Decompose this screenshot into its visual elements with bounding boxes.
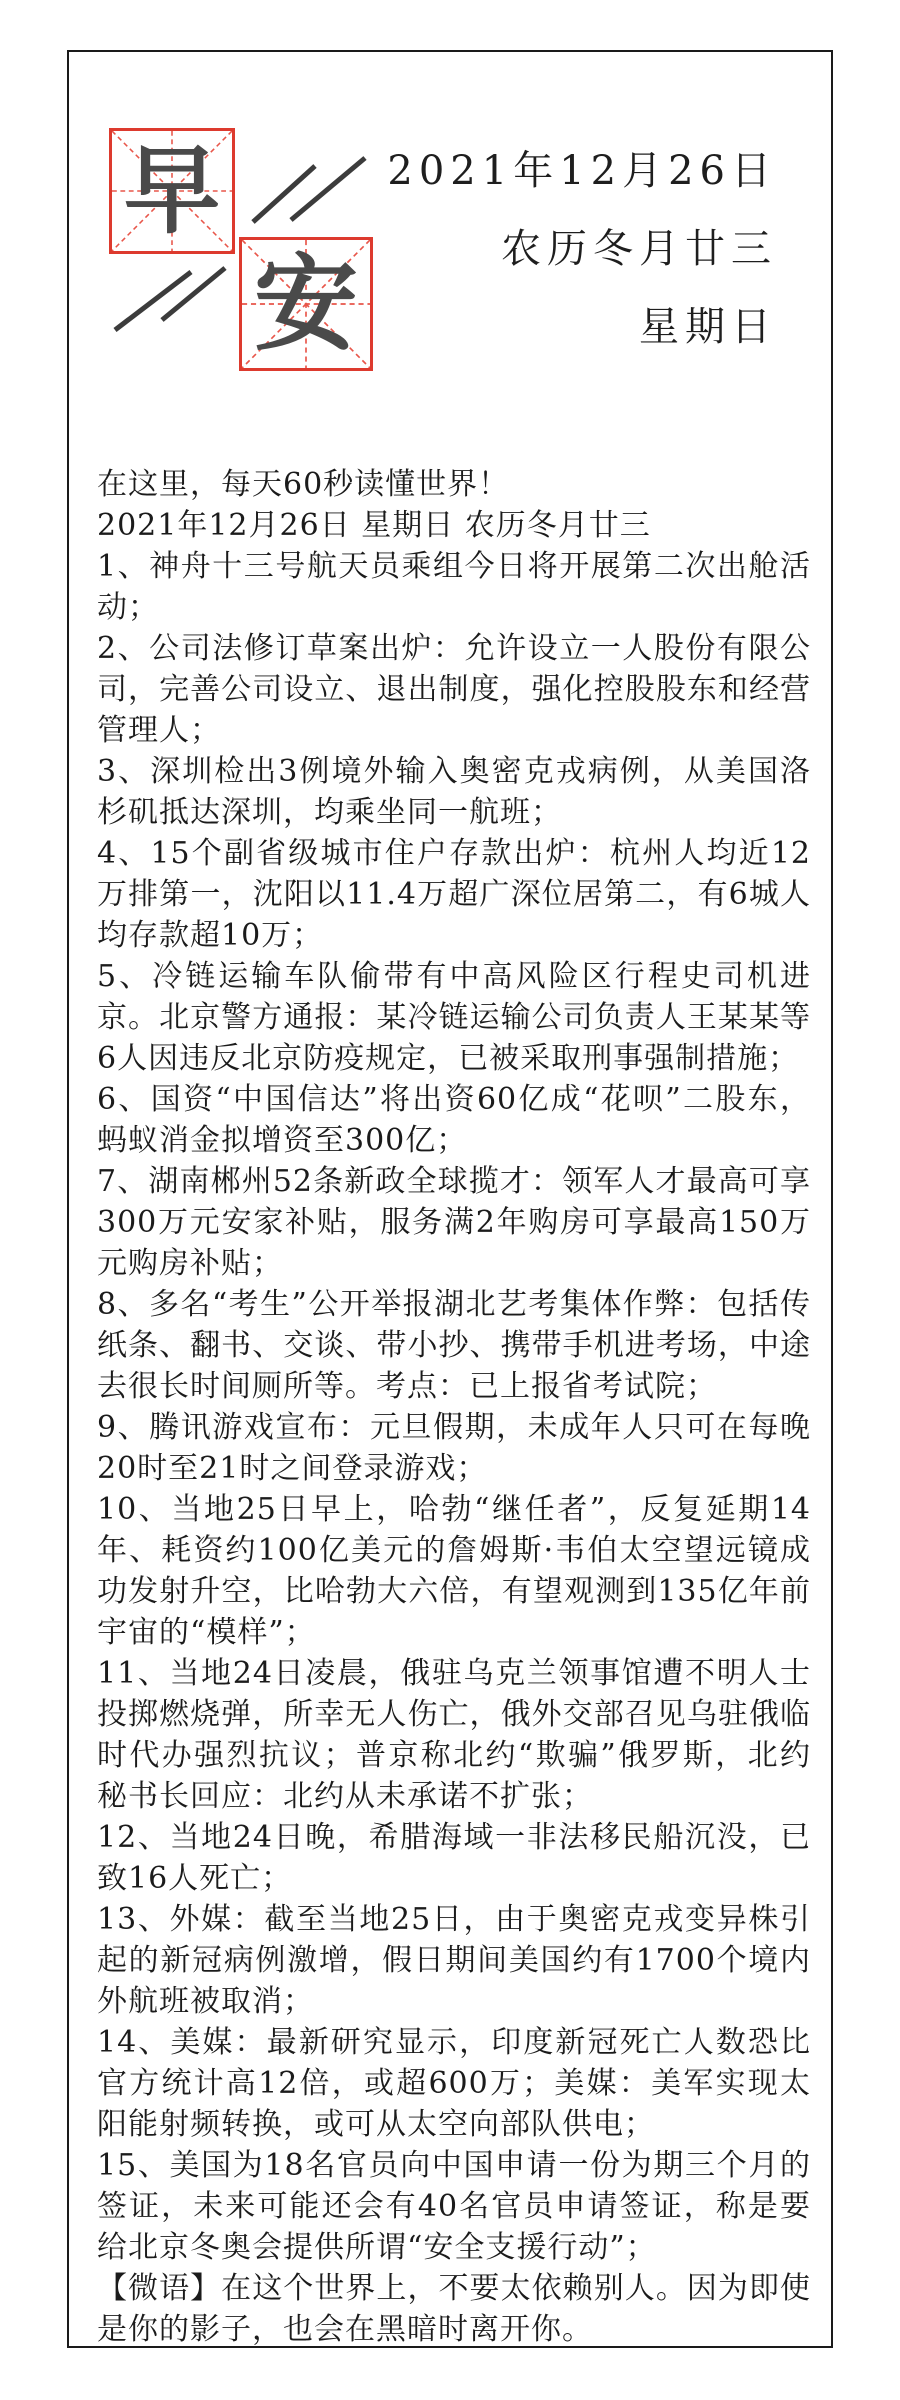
- news-item: 4、15个副省级城市住户存款出炉：杭州人均近12万排第一，沈阳以11.4万超广深…: [97, 833, 811, 956]
- tianzige-box-an: 安: [239, 237, 373, 371]
- logo-char-zao: 早: [124, 143, 220, 239]
- date-header-line: 2021年12月26日 星期日 农历冬月廿三: [97, 505, 811, 546]
- double-slash-icon: [111, 262, 236, 336]
- news-item: 14、美媒：最新研究显示，印度新冠死亡人数恐比官方统计高12倍，或超600万；美…: [97, 2022, 811, 2145]
- news-item: 1、神舟十三号航天员乘组今日将开展第二次出舱活动；: [97, 546, 811, 628]
- closing-quote: 【微语】在这个世界上，不要太依赖别人。因为即使是你的影子，也会在黑暗时离开你。: [97, 2268, 811, 2350]
- intro-line: 在这里，每天60秒读懂世界！: [97, 464, 811, 505]
- double-slash-icon: [247, 152, 377, 230]
- news-item: 13、外媒：截至当地25日，由于奥密克戎变异株引起的新冠病例激增，假日期间美国约…: [97, 1899, 811, 2022]
- news-item: 12、当地24日晚，希腊海域一非法移民船沉没，已致16人死亡；: [97, 1817, 811, 1899]
- news-item: 9、腾讯游戏宣布：元旦假期，未成年人只可在每晚20时至21时之间登录游戏；: [97, 1407, 811, 1489]
- tianzige-box-zao: 早: [109, 128, 235, 254]
- logo-char-an: 安: [254, 252, 358, 356]
- news-item: 7、湖南郴州52条新政全球揽才：领军人才最高可享300万元安家补贴，服务满2年购…: [97, 1161, 811, 1284]
- news-item: 11、当地24日凌晨，俄驻乌克兰领事馆遭不明人士投掷燃烧弹，所幸无人伤亡，俄外交…: [97, 1653, 811, 1817]
- news-item: 15、美国为18名官员向中国申请一份为期三个月的签证，未来可能还会有40名官员申…: [97, 2145, 811, 2268]
- date-line-weekday: 星期日: [387, 288, 777, 366]
- date-line-lunar: 农历冬月廿三: [387, 210, 777, 288]
- news-item: 10、当地25日早上，哈勃“继任者”，反复延期14年、耗资约100亿美元的詹姆斯…: [97, 1489, 811, 1653]
- news-item: 8、多名“考生”公开举报湖北艺考集体作弊：包括传纸条、翻书、交谈、带小抄、携带手…: [97, 1284, 811, 1407]
- news-item: 2、公司法修订草案出炉：允许设立一人股份有限公司，完善公司设立、退出制度，强化控…: [97, 628, 811, 751]
- news-item: 5、冷链运输车队偷带有中高风险区行程史司机进京。北京警方通报：某冷链运输公司负责…: [97, 956, 811, 1079]
- news-item: 3、深圳检出3例境外输入奥密克戎病例，从美国洛杉矶抵达深圳，均乘坐同一航班；: [97, 751, 811, 833]
- date-block: 2021年12月26日 农历冬月廿三 星期日: [387, 132, 777, 366]
- page-frame: 早 安 2021年12月26日 农历冬月廿三 星期日 在这里，每天60秒读懂世界…: [67, 50, 833, 2348]
- news-digest-body: 在这里，每天60秒读懂世界！ 2021年12月26日 星期日 农历冬月廿三 1、…: [97, 464, 811, 2350]
- news-item: 6、国资“中国信达”将出资60亿成“花呗”二股东，蚂蚁消金拟增资至300亿；: [97, 1079, 811, 1161]
- date-line-gregorian: 2021年12月26日: [387, 132, 777, 210]
